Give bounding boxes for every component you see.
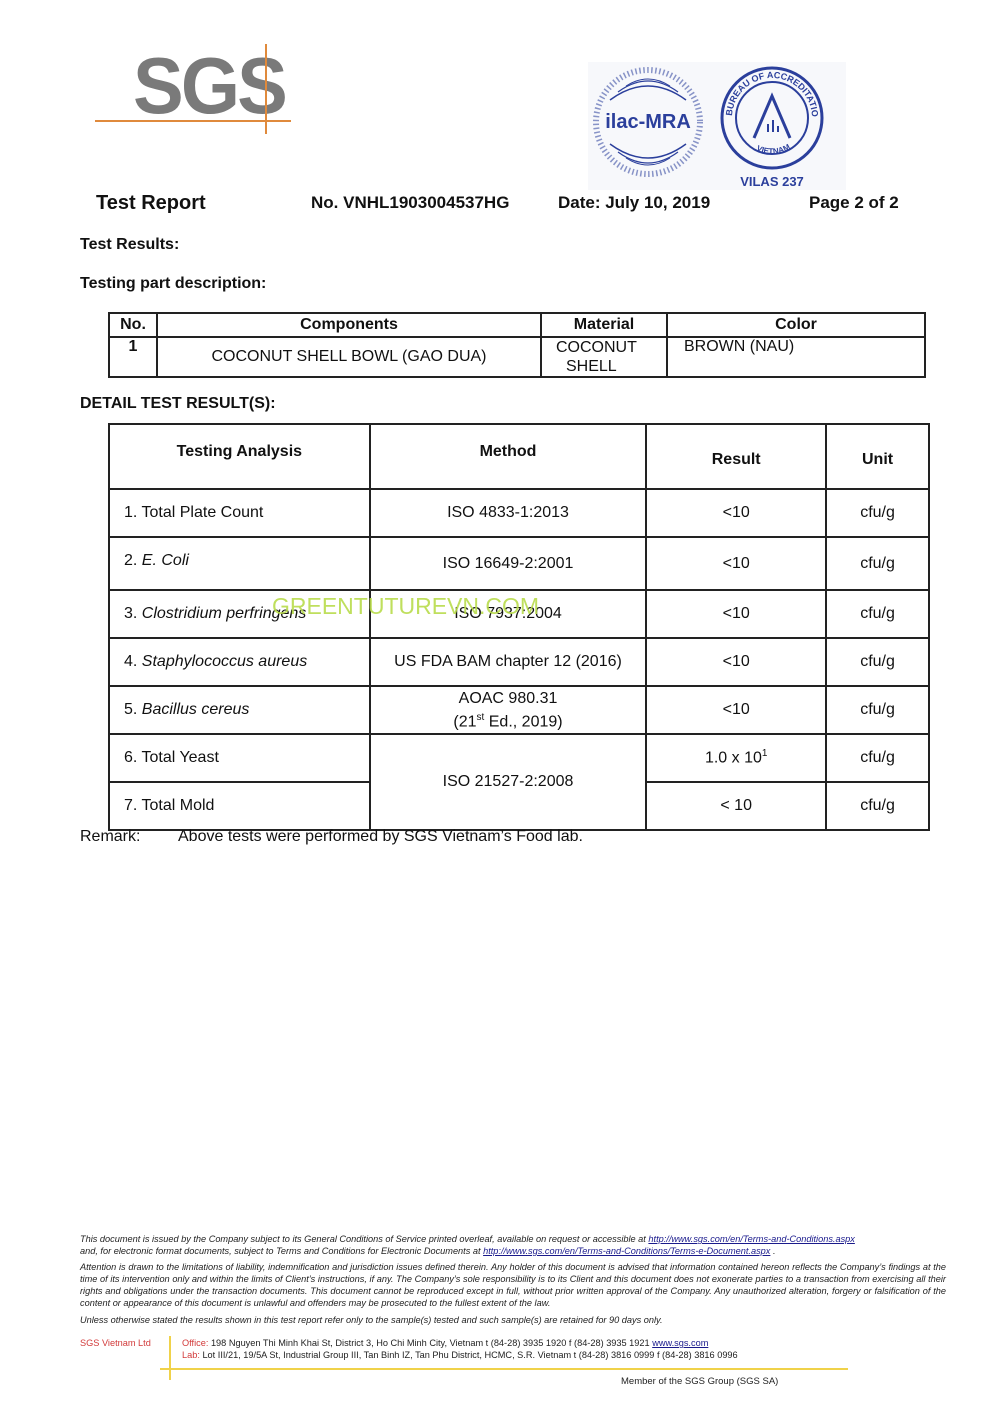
method-edition-text: Ed., 2019) [484,713,562,730]
part-material: COCONUT SHELL [541,337,667,377]
part-component: COCONUT SHELL BOWL (GAO DUA) [157,337,541,377]
lab-address: Lab: Lot III/21, 19/5A St, Industrial Gr… [182,1349,738,1361]
method-cell: AOAC 980.31 (21st Ed., 2019) [370,686,647,734]
conditions-line-2: and, for electronic format documents, su… [80,1245,946,1257]
remark-label: Remark: [80,828,140,846]
conditions-end: . [770,1246,775,1256]
row-number: 1. [124,504,137,521]
page-indicator: Page 2 of 2 [809,193,899,213]
col-header-method: Method [370,424,647,489]
analysis-cell: 1. Total Plate Count [109,489,370,537]
col-header-no: No. [109,313,157,337]
footer-horizontal-divider [160,1368,848,1370]
analysis-cell: 7. Total Mold [109,782,370,830]
method-line-2: (21st Ed., 2019) [372,708,645,731]
row-number: 4. [124,653,137,670]
col-header-material: Material [541,313,667,337]
analysis-cell: 2. E. Coli [109,537,370,590]
result-cell: <10 [646,638,826,686]
part-no: 1 [109,337,157,377]
method-edition-number: (21 [453,713,476,730]
svg-text:VILAS 237: VILAS 237 [740,174,804,189]
row-number: 2. [124,552,137,569]
material-line-2: SHELL [548,357,660,376]
attention-text: Attention is drawn to the limitations of… [80,1261,946,1309]
col-header-analysis: Testing Analysis [109,424,370,489]
parts-table: No. Components Material Color 1 COCONUT … [108,312,926,378]
analysis-name: Total Mold [142,797,215,814]
method-cell-shared: ISO 21527-2:2008 [370,734,647,830]
unit-cell: cfu/g [826,537,929,590]
unit-cell: cfu/g [826,734,929,782]
office-label: Office: [182,1338,208,1348]
unit-cell: cfu/g [826,638,929,686]
analysis-cell: 6. Total Yeast [109,734,370,782]
results-table: Testing Analysis Method Result Unit 1. T… [108,423,930,831]
analysis-cell: 4. Staphylococcus aureus [109,638,370,686]
accreditation-logos: ilac-MRA BUREAU OF ACCREDITATION VIETNAM… [588,62,846,190]
material-line-1: COCONUT [548,338,660,357]
part-description-label: Testing part description: [80,275,266,293]
col-header-unit: Unit [826,424,929,489]
result-base: 1.0 x 10 [705,750,762,767]
result-cell: < 10 [646,782,826,830]
table-row: 4. Staphylococcus aureus US FDA BAM chap… [109,638,929,686]
analysis-name: Staphylococcus aureus [142,653,307,670]
member-text: Member of the SGS Group (SGS SA) [621,1376,778,1387]
method-line-1: AOAC 980.31 [372,689,645,708]
test-results-label: Test Results: [80,236,179,254]
part-color: BROWN (NAU) [667,337,925,377]
row-number: 3. [124,605,137,622]
sgs-logo-text: SGS [133,46,285,126]
report-number: No. VNHL1903004537HG [311,193,509,213]
ilac-mra-seal-icon: ilac-MRA BUREAU OF ACCREDITATION VIETNAM… [588,62,846,190]
table-row: 5. Bacillus cereus AOAC 980.31 (21st Ed.… [109,686,929,734]
table-row: 1. Total Plate Count ISO 4833-1:2013 <10… [109,489,929,537]
result-exponent: 1 [762,748,768,759]
result-cell: <10 [646,686,826,734]
footer-vertical-divider [169,1336,171,1380]
logo-horizontal-line [95,120,291,122]
conditions-text-1: This document is issued by the Company s… [80,1234,648,1244]
parts-table-header: No. Components Material Color [109,313,925,337]
lab-label: Lab: [182,1350,200,1360]
svg-text:ilac-MRA: ilac-MRA [605,111,691,133]
remark-text: Above tests were performed by SGS Vietna… [178,828,583,846]
table-row: 2. E. Coli ISO 16649-2:2001 <10 cfu/g [109,537,929,590]
unit-cell: cfu/g [826,590,929,638]
sgs-website-link[interactable]: www.sgs.com [652,1338,708,1348]
row-number: 7. [124,797,137,814]
logo-vertical-line [265,44,267,134]
detail-results-label: DETAIL TEST RESULT(S): [80,395,276,413]
results-table-header: Testing Analysis Method Result Unit [109,424,929,489]
row-number: 6. [124,749,137,766]
table-row: 6. Total Yeast ISO 21527-2:2008 1.0 x 10… [109,734,929,782]
lab-text: Lot III/21, 19/5A St, Industrial Group I… [200,1350,738,1360]
method-cell: ISO 16649-2:2001 [370,537,647,590]
conditions-text: This document is issued by the Company s… [80,1233,946,1257]
result-cell: <10 [646,489,826,537]
report-date: Date: July 10, 2019 [558,193,710,213]
sgs-logo: SGS [95,44,295,134]
analysis-name: Bacillus cereus [142,701,250,718]
analysis-name: Total Plate Count [142,504,264,521]
col-header-color: Color [667,313,925,337]
office-text: 198 Nguyen Thi Minh Khai St, District 3,… [208,1338,652,1348]
terms-link[interactable]: http://www.sgs.com/en/Terms-and-Conditio… [648,1234,854,1244]
office-address: Office: 198 Nguyen Thi Minh Khai St, Dis… [182,1337,708,1349]
conditions-text-2: and, for electronic format documents, su… [80,1246,483,1256]
watermark: GREENTUTUREVN.COM [272,593,539,620]
e-document-terms-link[interactable]: http://www.sgs.com/en/Terms-and-Conditio… [483,1246,770,1256]
analysis-name: Total Yeast [142,749,219,766]
unit-cell: cfu/g [826,489,929,537]
method-cell: US FDA BAM chapter 12 (2016) [370,638,647,686]
col-header-result: Result [646,424,826,489]
svg-text:VIETNAM: VIETNAM [755,142,792,156]
conditions-line-1: This document is issued by the Company s… [80,1233,946,1245]
result-cell: 1.0 x 101 [646,734,826,782]
unless-text: Unless otherwise stated the results show… [80,1314,946,1326]
method-cell: ISO 4833-1:2013 [370,489,647,537]
result-cell: <10 [646,537,826,590]
unit-cell: cfu/g [826,782,929,830]
col-header-components: Components [157,313,541,337]
company-name: SGS Vietnam Ltd [80,1337,151,1349]
report-title: Test Report [96,192,206,215]
analysis-cell: 5. Bacillus cereus [109,686,370,734]
unit-cell: cfu/g [826,686,929,734]
table-row: 1 COCONUT SHELL BOWL (GAO DUA) COCONUT S… [109,337,925,377]
analysis-name: E. Coli [142,552,189,569]
row-number: 5. [124,701,137,718]
result-cell: <10 [646,590,826,638]
